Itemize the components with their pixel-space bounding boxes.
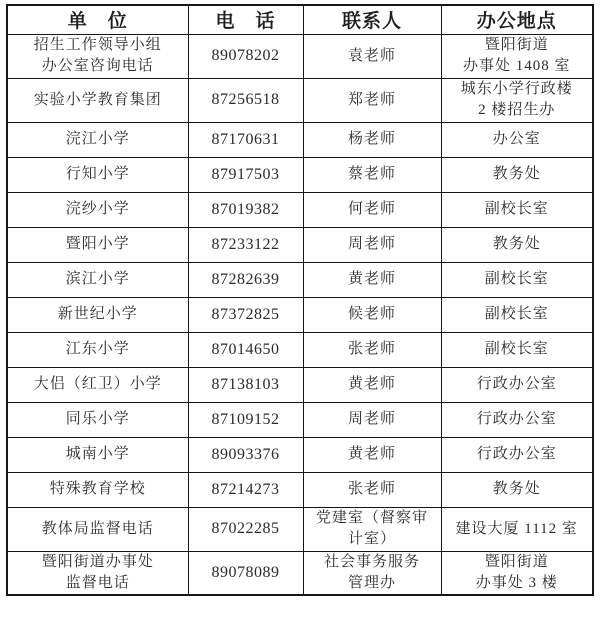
unit-cell: 江东小学 <box>7 332 188 367</box>
contact-cell: 张老师 <box>303 472 441 507</box>
unit-cell: 暨阳街道办事处 监督电话 <box>7 551 188 595</box>
table-row: 暨阳小学 87233122 周老师 教务处 <box>7 227 593 262</box>
location-cell: 教务处 <box>441 157 593 192</box>
phone-cell: 87109152 <box>188 402 303 437</box>
table-row: 新世纪小学 87372825 候老师 副校长室 <box>7 297 593 332</box>
table-row: 教体局监督电话 87022285 党建室（督察审 计室） 建设大厦 1112 室 <box>7 507 593 551</box>
contact-cell: 黄老师 <box>303 262 441 297</box>
location-cell: 副校长室 <box>441 332 593 367</box>
location-cell: 行政办公室 <box>441 402 593 437</box>
table-row: 行知小学 87917503 蔡老师 教务处 <box>7 157 593 192</box>
unit-cell: 教体局监督电话 <box>7 507 188 551</box>
location-cell: 行政办公室 <box>441 367 593 402</box>
location-cell: 副校长室 <box>441 262 593 297</box>
column-header-contact: 联系人 <box>303 5 441 34</box>
location-cell: 办公室 <box>441 122 593 157</box>
contact-cell: 黄老师 <box>303 367 441 402</box>
table-row: 同乐小学 87109152 周老师 行政办公室 <box>7 402 593 437</box>
contact-cell: 袁老师 <box>303 34 441 78</box>
phone-cell: 87372825 <box>188 297 303 332</box>
unit-cell: 新世纪小学 <box>7 297 188 332</box>
contact-cell: 候老师 <box>303 297 441 332</box>
column-header-phone: 电 话 <box>188 5 303 34</box>
phone-cell: 87214273 <box>188 472 303 507</box>
unit-cell: 同乐小学 <box>7 402 188 437</box>
table-row: 实验小学教育集团 87256518 郑老师 城东小学行政楼 2 楼招生办 <box>7 78 593 122</box>
table-row: 江东小学 87014650 张老师 副校长室 <box>7 332 593 367</box>
contact-cell: 杨老师 <box>303 122 441 157</box>
column-header-unit: 单 位 <box>7 5 188 34</box>
phone-cell: 89078202 <box>188 34 303 78</box>
phone-cell: 87138103 <box>188 367 303 402</box>
location-cell: 教务处 <box>441 472 593 507</box>
contact-cell: 郑老师 <box>303 78 441 122</box>
phone-cell: 87014650 <box>188 332 303 367</box>
table-row: 浣江小学 87170631 杨老师 办公室 <box>7 122 593 157</box>
phone-cell: 87170631 <box>188 122 303 157</box>
table-row: 城南小学 89093376 黄老师 行政办公室 <box>7 437 593 472</box>
unit-cell: 实验小学教育集团 <box>7 78 188 122</box>
location-cell: 副校长室 <box>441 192 593 227</box>
location-cell: 行政办公室 <box>441 437 593 472</box>
unit-cell: 行知小学 <box>7 157 188 192</box>
contact-cell: 社会事务服务 管理办 <box>303 551 441 595</box>
contact-cell: 张老师 <box>303 332 441 367</box>
table-row: 滨江小学 87282639 黄老师 副校长室 <box>7 262 593 297</box>
table-row: 招生工作领导小组 办公室咨询电话 89078202 袁老师 暨阳街道 办事处 1… <box>7 34 593 78</box>
contact-cell: 蔡老师 <box>303 157 441 192</box>
location-cell: 建设大厦 1112 室 <box>441 507 593 551</box>
phone-cell: 87282639 <box>188 262 303 297</box>
location-cell: 城东小学行政楼 2 楼招生办 <box>441 78 593 122</box>
school-contact-table: 单 位 电 话 联系人 办公地点 招生工作领导小组 办公室咨询电话 890782… <box>6 4 594 596</box>
location-cell: 暨阳街道 办事处 3 楼 <box>441 551 593 595</box>
phone-cell: 87022285 <box>188 507 303 551</box>
phone-cell: 87256518 <box>188 78 303 122</box>
phone-cell: 87917503 <box>188 157 303 192</box>
contact-cell: 周老师 <box>303 227 441 262</box>
table-header-row: 单 位 电 话 联系人 办公地点 <box>7 5 593 34</box>
phone-cell: 87233122 <box>188 227 303 262</box>
location-cell: 暨阳街道 办事处 1408 室 <box>441 34 593 78</box>
unit-cell: 暨阳小学 <box>7 227 188 262</box>
contact-cell: 周老师 <box>303 402 441 437</box>
contact-cell: 党建室（督察审 计室） <box>303 507 441 551</box>
table-row: 浣纱小学 87019382 何老师 副校长室 <box>7 192 593 227</box>
phone-cell: 87019382 <box>188 192 303 227</box>
table-row: 暨阳街道办事处 监督电话 89078089 社会事务服务 管理办 暨阳街道 办事… <box>7 551 593 595</box>
document-page: 单 位 电 话 联系人 办公地点 招生工作领导小组 办公室咨询电话 890782… <box>0 0 601 596</box>
unit-cell: 特殊教育学校 <box>7 472 188 507</box>
unit-cell: 大侣（红卫）小学 <box>7 367 188 402</box>
table-row: 大侣（红卫）小学 87138103 黄老师 行政办公室 <box>7 367 593 402</box>
contact-cell: 黄老师 <box>303 437 441 472</box>
column-header-location: 办公地点 <box>441 5 593 34</box>
table-row: 特殊教育学校 87214273 张老师 教务处 <box>7 472 593 507</box>
unit-cell: 城南小学 <box>7 437 188 472</box>
contact-cell: 何老师 <box>303 192 441 227</box>
location-cell: 副校长室 <box>441 297 593 332</box>
unit-cell: 浣纱小学 <box>7 192 188 227</box>
phone-cell: 89093376 <box>188 437 303 472</box>
unit-cell: 浣江小学 <box>7 122 188 157</box>
phone-cell: 89078089 <box>188 551 303 595</box>
location-cell: 教务处 <box>441 227 593 262</box>
unit-cell: 招生工作领导小组 办公室咨询电话 <box>7 34 188 78</box>
unit-cell: 滨江小学 <box>7 262 188 297</box>
